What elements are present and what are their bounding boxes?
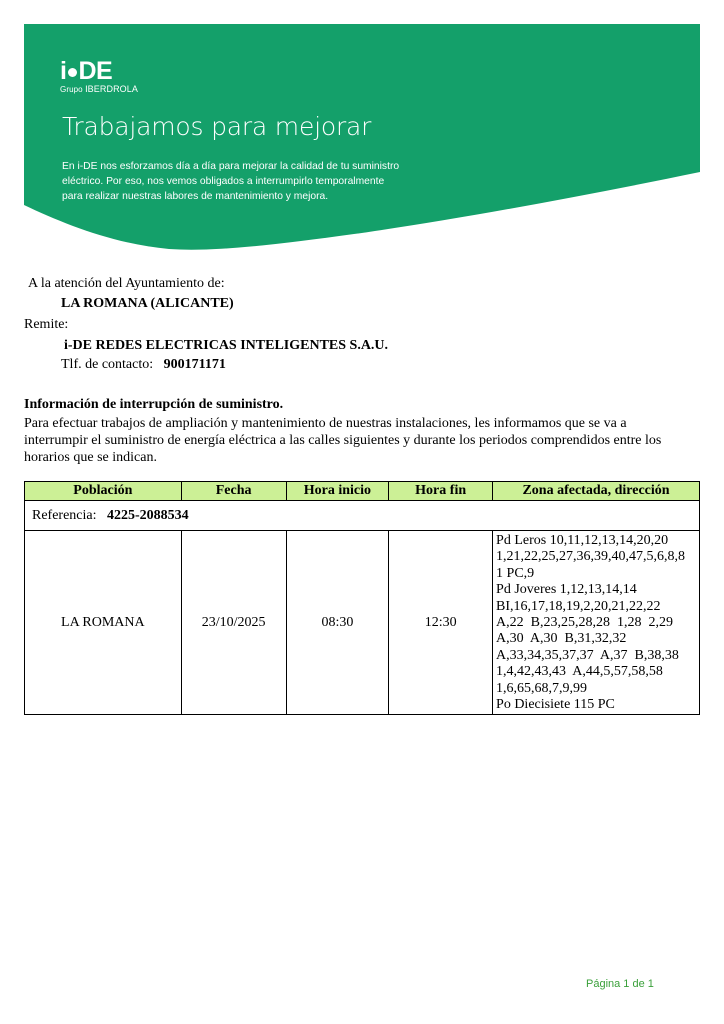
info-line-1: Para efectuar trabajos de ampliación y m…	[24, 416, 627, 432]
reference-label: Referencia:	[32, 508, 97, 523]
municipality-name: LA ROMANA (ALICANTE)	[61, 296, 234, 312]
header-fecha: Fecha	[181, 482, 286, 501]
phone-number: 900171171	[164, 357, 226, 372]
phone-label: Tlf. de contacto:	[61, 357, 153, 372]
reference-cell: Referencia: 4225-2088534	[25, 501, 700, 531]
interruption-table: Población Fecha Hora inicio Hora fin Zon…	[24, 481, 700, 715]
cell-hora-fin: 12:30	[389, 531, 493, 715]
table-header-row: Población Fecha Hora inicio Hora fin Zon…	[25, 482, 700, 501]
header-zona: Zona afectada, dirección	[493, 482, 700, 501]
banner-text: En i-DE nos esforzamos día a día para me…	[62, 159, 482, 204]
table-row: LA ROMANA 23/10/2025 08:30 12:30 Pd Lero…	[25, 531, 700, 715]
logo-subtitle: Grupo IBERDROLA	[60, 85, 138, 94]
phone-row: Tlf. de contacto: 900171171	[61, 357, 226, 373]
banner-title: Trabajamos para mejorar	[62, 112, 371, 141]
cell-poblacion: LA ROMANA	[25, 531, 182, 715]
sender-name: i-DE REDES ELECTRICAS INTELIGENTES S.A.U…	[64, 338, 388, 354]
info-line-2: interrumpir el suministro de energía elé…	[24, 433, 661, 449]
attention-label: A la atención del Ayuntamiento de:	[28, 276, 225, 292]
cell-fecha: 23/10/2025	[181, 531, 286, 715]
reference-number: 4225-2088534	[107, 508, 189, 523]
header-hora-fin: Hora fin	[389, 482, 493, 501]
info-line-3: horarios que se indican.	[24, 450, 157, 466]
sender-label: Remite:	[24, 317, 68, 333]
reference-row: Referencia: 4225-2088534	[25, 501, 700, 531]
ide-logo: iDE Grupo IBERDROLA	[60, 58, 138, 94]
info-heading: Información de interrupción de suministr…	[24, 397, 283, 413]
header-banner: iDE Grupo IBERDROLA Trabajamos para mejo…	[24, 24, 700, 252]
cell-hora-inicio: 08:30	[286, 531, 389, 715]
page-number: Página 1 de 1	[586, 978, 654, 990]
header-poblacion: Población	[25, 482, 182, 501]
logo-i: i	[60, 58, 66, 84]
leaf-icon	[68, 68, 77, 77]
header-hora-inicio: Hora inicio	[286, 482, 389, 501]
logo-de: DE	[78, 58, 112, 84]
cell-zona: Pd Leros 10,11,12,13,14,20,20 1,21,22,25…	[493, 531, 700, 715]
